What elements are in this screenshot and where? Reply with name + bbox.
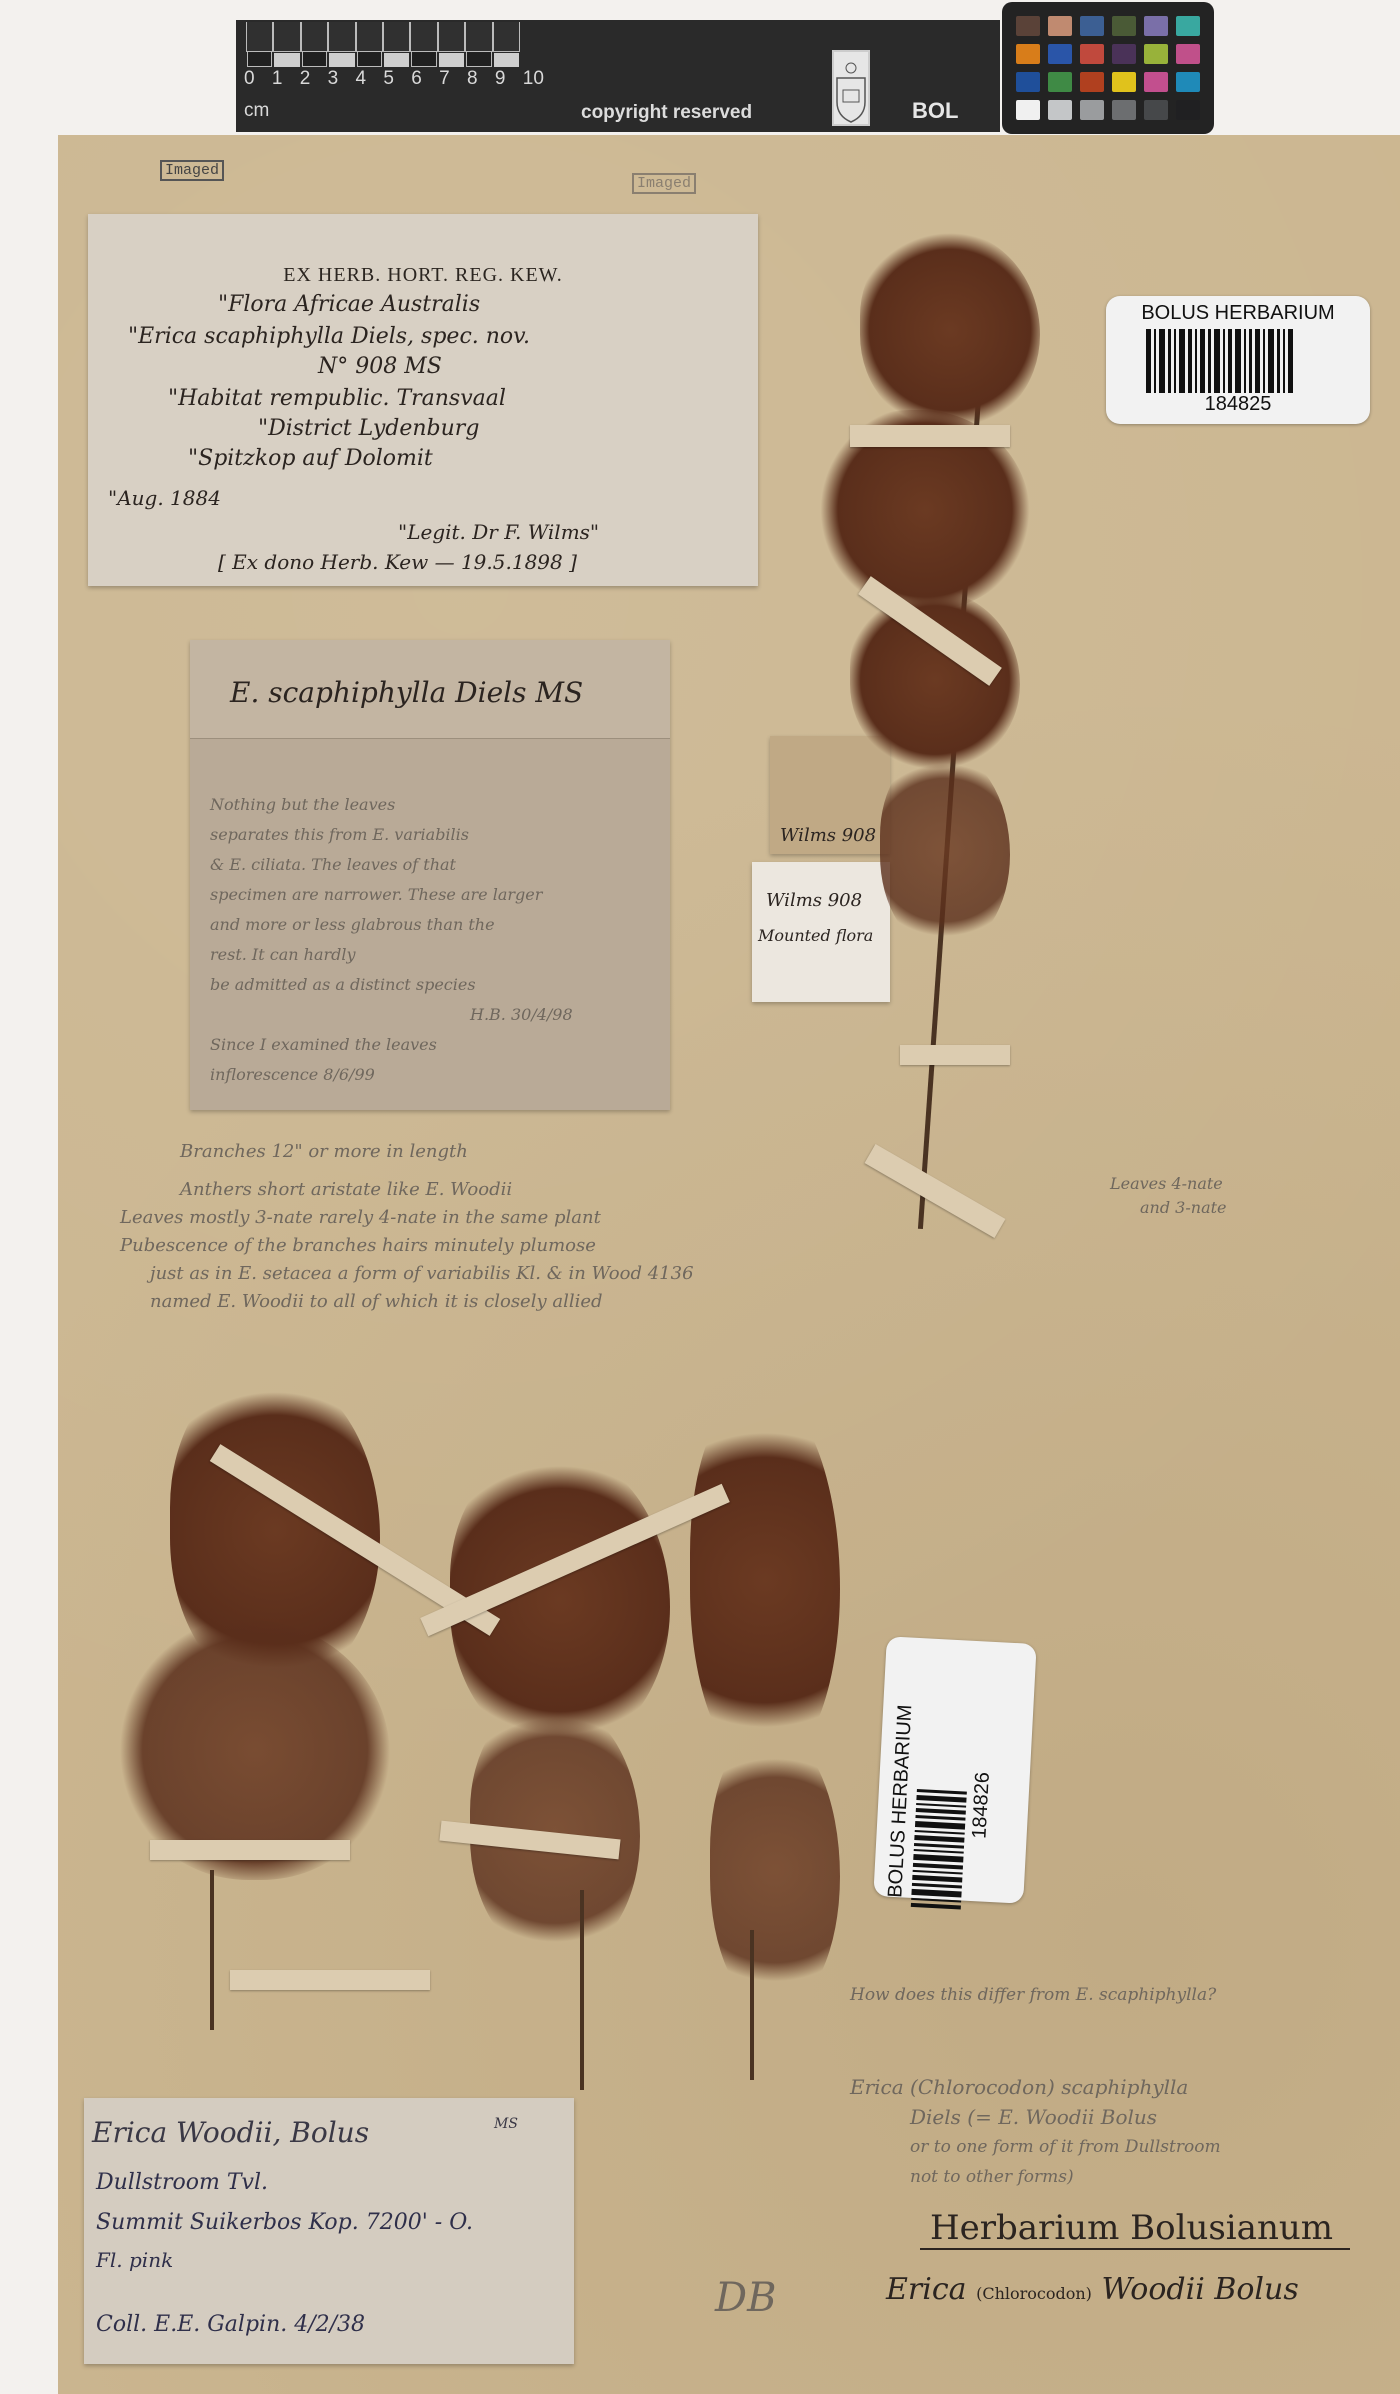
- tick-label: 0: [244, 68, 255, 90]
- color-chip: [1080, 100, 1104, 120]
- color-chip: [1080, 44, 1104, 64]
- color-chip: [1048, 44, 1072, 64]
- barcode-icon: [911, 1697, 972, 1909]
- collector-label-line: Fl. pink: [96, 2248, 173, 2272]
- pencil-notes-middle: Branches 12" or more in length Anthers s…: [150, 1138, 694, 1316]
- collector-label: Erica Woodii, Bolus MS Dullstroom Tvl. S…: [84, 2098, 574, 2364]
- collector-label-line: Coll. E.E. Galpin. 4/2/38: [96, 2312, 365, 2337]
- packet-note-line: H.B. 30/4/98: [210, 1000, 573, 1030]
- color-checker-chart: [1002, 2, 1214, 134]
- packet-notes: Nothing but the leaves separates this fr…: [210, 790, 573, 1090]
- packet-note-line: and more or less glabrous than the: [210, 910, 573, 940]
- barcode-label: BOLUS HERBARIUM 184825: [1106, 296, 1370, 424]
- tick-label: 10: [523, 68, 544, 90]
- tick-label: 6: [411, 68, 422, 90]
- pencil-note-line: Leaves 4-nate: [1110, 1172, 1227, 1196]
- kew-label-header: EX HERB. HORT. REG. KEW.: [88, 264, 758, 287]
- color-chip: [1144, 16, 1168, 36]
- color-chip: [1080, 16, 1104, 36]
- pencil-note-right: Leaves 4-nate and 3-nate: [1110, 1172, 1227, 1220]
- barcode-label: BOLUS HERBARIUM 184826: [873, 1636, 1036, 1903]
- tick-label: 5: [383, 68, 394, 90]
- scale-bar: 0 1 2 3 4 5 6 7 8 9 10 cm copyright rese…: [236, 20, 1000, 132]
- kew-label-date: "Aug. 1884: [108, 486, 221, 510]
- packet-note-line: separates this from E. variabilis: [210, 820, 573, 850]
- mounting-strip: [230, 1970, 430, 1990]
- packet-note-line: inflorescence 8/6/99: [210, 1060, 573, 1090]
- pencil-note-line: Leaves mostly 3-nate rarely 4-nate in th…: [120, 1204, 694, 1232]
- pencil-note-line: Branches 12" or more in length: [150, 1138, 694, 1166]
- color-chip: [1144, 100, 1168, 120]
- packet-note-line: Since I examined the leaves: [210, 1030, 573, 1060]
- color-chip: [1176, 100, 1200, 120]
- color-chip: [1176, 16, 1200, 36]
- pencil-question: How does this differ from E. scaphiphyll…: [850, 1985, 1216, 2005]
- color-chip: [1016, 16, 1040, 36]
- packet-note-line: be admitted as a distinct species: [210, 970, 573, 1000]
- pencil-note-line: Pubescence of the branches hairs minutel…: [120, 1232, 694, 1260]
- bolus-label-title: Herbarium Bolusianum: [920, 2208, 1350, 2248]
- pencil-note-line: Erica (Chlorocodon) scaphiphylla: [850, 2072, 1221, 2102]
- packet-note-line: rest. It can hardly: [210, 940, 573, 970]
- pencil-note-line: not to other forms): [850, 2162, 1221, 2192]
- ruler-checkerboard: [246, 22, 520, 67]
- color-chip: [1176, 72, 1200, 92]
- color-chip: [1144, 44, 1168, 64]
- tick-label: 2: [300, 68, 311, 90]
- tick-label: 3: [328, 68, 339, 90]
- genus-name: Erica: [886, 2272, 967, 2307]
- collector-label-line: Summit Suikerbos Kop. 7200' - O.: [96, 2210, 473, 2235]
- barcode-title: BOLUS HERBARIUM: [1106, 302, 1370, 325]
- unit-label: cm: [244, 100, 269, 122]
- pencil-note-line: Anthers short aristate like E. Woodii: [150, 1176, 694, 1204]
- kew-label-line: "Flora Africae Australis: [218, 292, 480, 317]
- specimen-packet: E. scaphiphylla Diels MS Nothing but the…: [190, 640, 670, 1110]
- collector-label-mark: MS: [494, 2116, 518, 2132]
- institution-code: BOL: [912, 98, 958, 124]
- kew-label-collector: "Legit. Dr F. Wilms": [398, 520, 599, 544]
- tick-label: 8: [467, 68, 478, 90]
- mounting-strip: [850, 425, 1010, 447]
- kew-label-line: "Erica scaphiphylla Diels, spec. nov.: [128, 324, 530, 349]
- plant-specimens-lower: [110, 1370, 910, 2130]
- bolus-label-title-wrap: Herbarium Bolusianum: [920, 2208, 1350, 2250]
- tick-label: 9: [495, 68, 506, 90]
- color-chip: [1016, 44, 1040, 64]
- pencil-note-line: named E. Woodii to all of which it is cl…: [150, 1288, 694, 1316]
- color-chip: [1016, 72, 1040, 92]
- collector-label-line: Erica Woodii, Bolus: [92, 2116, 369, 2149]
- mounting-strip: [150, 1840, 350, 1860]
- pencil-note-line: and 3-nate: [1110, 1196, 1227, 1220]
- kew-label-line: "District Lydenburg: [258, 416, 479, 441]
- pencil-note-line: Diels (= E. Woodii Bolus: [850, 2102, 1221, 2132]
- color-chip: [1112, 44, 1136, 64]
- color-chip: [1048, 72, 1072, 92]
- barcode-number: 184825: [1106, 393, 1370, 416]
- pencil-notes-lower-right: Erica (Chlorocodon) scaphiphylla Diels (…: [850, 2072, 1221, 2192]
- kew-label-line: N° 908 MS: [318, 354, 442, 379]
- ruler-tick-labels: 0 1 2 3 4 5 6 7 8 9 10: [244, 68, 544, 90]
- packet-title: E. scaphiphylla Diels MS: [230, 676, 583, 709]
- imaged-stamp: Imaged: [160, 160, 224, 181]
- color-chip: [1176, 44, 1200, 64]
- color-chip: [1112, 100, 1136, 120]
- kew-label-line: "Habitat rempublic. Transvaal: [168, 386, 506, 411]
- color-chip: [1048, 16, 1072, 36]
- color-chip: [1112, 72, 1136, 92]
- color-chip: [1048, 100, 1072, 120]
- copyright-text: copyright reserved: [581, 102, 752, 124]
- bolus-label-determination: Erica (Chlorocodon) Woodii Bolus: [886, 2272, 1299, 2307]
- section-name: (Chlorocodon): [976, 2284, 1092, 2303]
- color-chip: [1112, 16, 1136, 36]
- color-chip: [1080, 72, 1104, 92]
- pencil-note-line: just as in E. setacea a form of variabil…: [150, 1260, 694, 1288]
- barcode-icon: [1146, 329, 1330, 393]
- packet-note-line: & E. ciliata. The leaves of that: [210, 850, 573, 880]
- kew-label-line: "Spitzkop auf Dolomit: [188, 446, 433, 471]
- barcode-rotated-content: BOLUS HERBARIUM 184826: [883, 1686, 999, 1921]
- faint-imaged-stamp: Imaged: [632, 173, 696, 194]
- packet-note-line: specimen are narrower. These are larger: [210, 880, 573, 910]
- kew-label-donation: [ Ex dono Herb. Kew — 19.5.1898 ]: [218, 550, 577, 574]
- species-epithet: Woodii Bolus: [1101, 2272, 1298, 2307]
- tick-label: 4: [356, 68, 367, 90]
- plant-specimen-upper: [800, 230, 1100, 1250]
- pencil-note-line: or to one form of it from Dullstroom: [850, 2132, 1221, 2162]
- mounting-strip: [865, 1144, 1006, 1238]
- kew-label: EX HERB. HORT. REG. KEW. "Flora Africae …: [88, 214, 758, 586]
- collector-label-line: Dullstroom Tvl.: [96, 2170, 268, 2195]
- packet-note-line: Nothing but the leaves: [210, 790, 573, 820]
- university-crest-icon: [832, 50, 870, 126]
- tick-label: 7: [439, 68, 450, 90]
- tick-label: 1: [272, 68, 283, 90]
- color-chip: [1016, 100, 1040, 120]
- mounting-strip: [900, 1045, 1010, 1065]
- determination-mark: DB: [715, 2275, 776, 2321]
- color-chip: [1144, 72, 1168, 92]
